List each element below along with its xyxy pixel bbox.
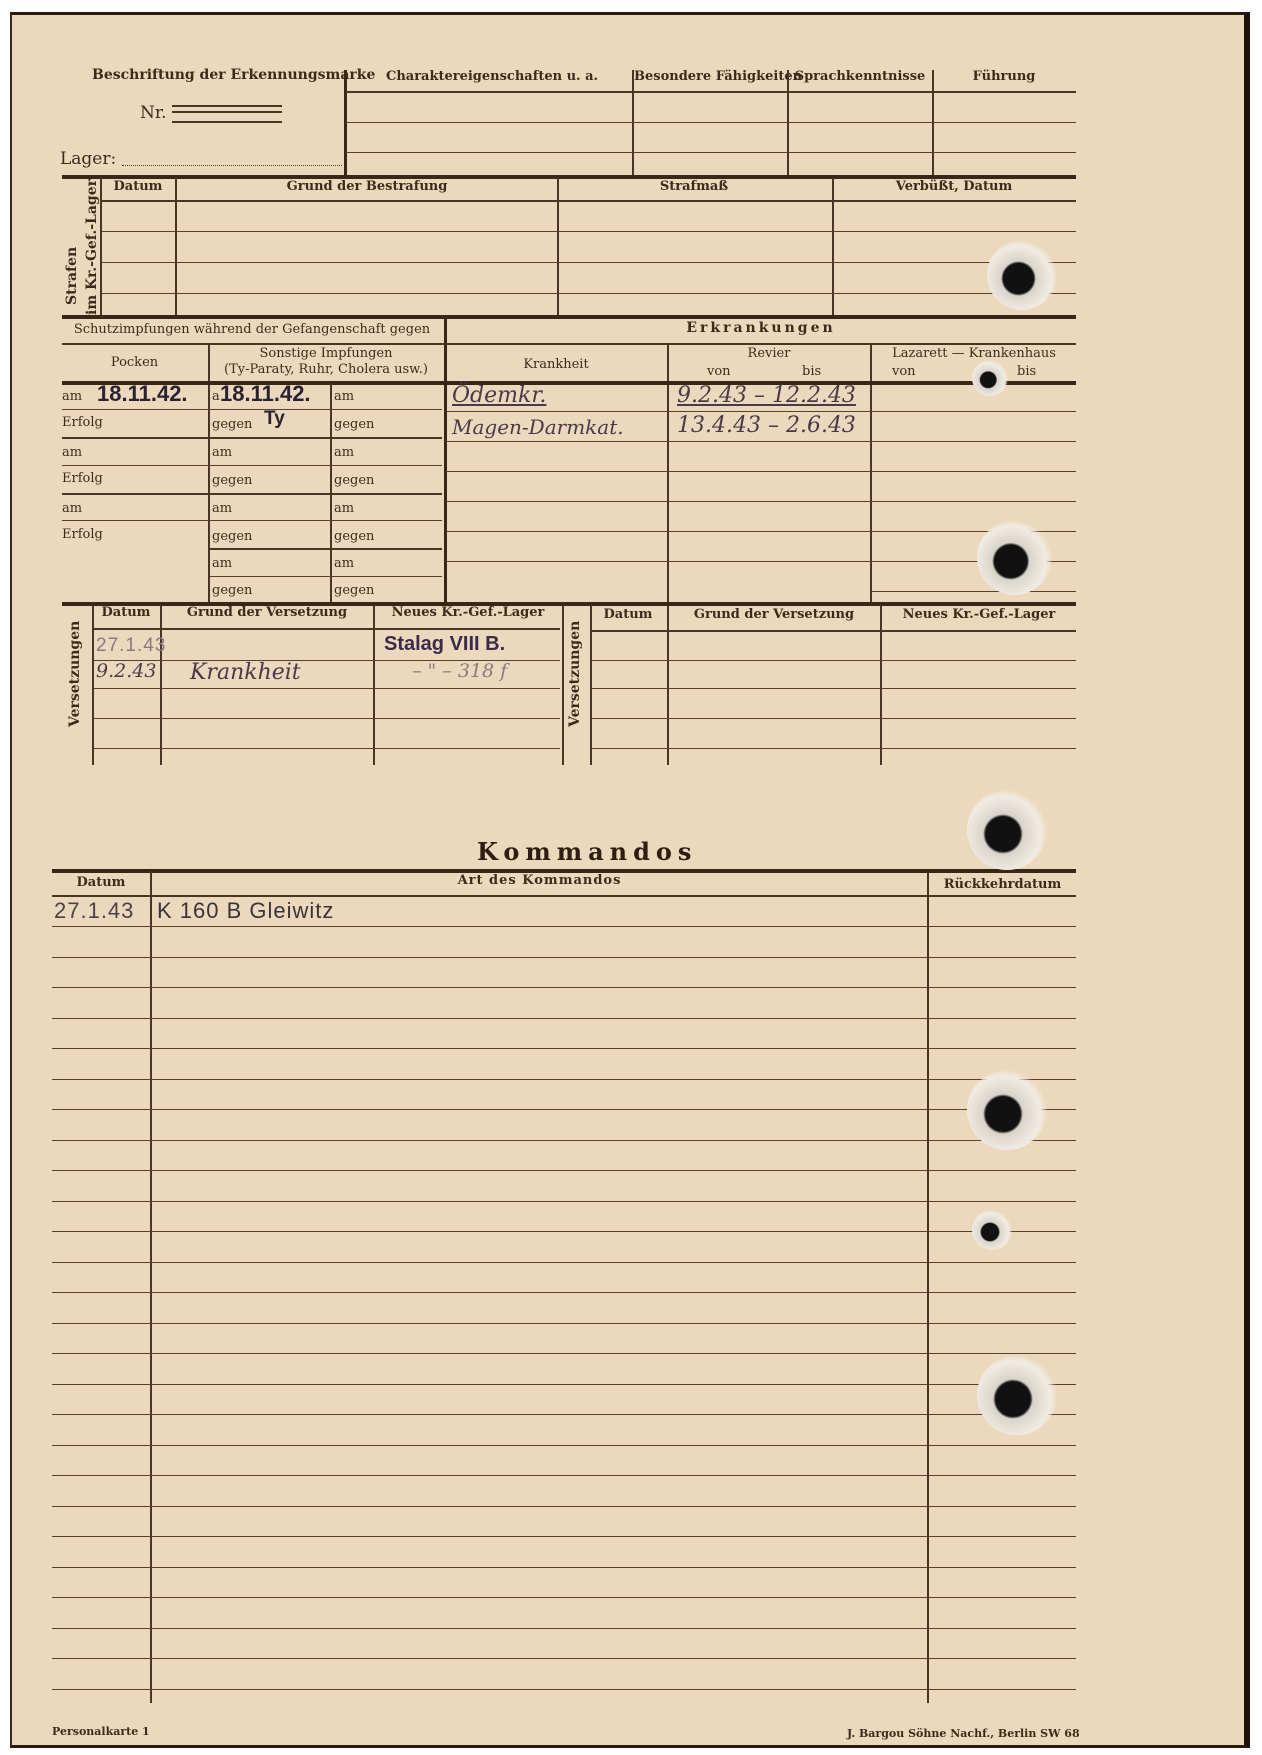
nr-field[interactable] (172, 105, 282, 123)
sonstige2-gegen-1: gegen (334, 417, 374, 432)
illness-1[interactable]: Ödemkr. (452, 383, 546, 408)
col-transfer-date-left: Datum (94, 605, 158, 620)
col-punish-reason: Grund der Bestrafung (177, 179, 557, 194)
id-tag-title: Beschriftung der Erkennungsmarke (92, 67, 375, 83)
sonstige2-gegen-4: gegen (334, 583, 374, 598)
sonstige-date[interactable]: 18.11.42. (220, 381, 311, 407)
sonstige-gegen-2: gegen (212, 473, 252, 488)
personnel-card: Beschriftung der Erkennungsmarke Nr. Lag… (10, 12, 1250, 1748)
transfers-side-label-right: Versetzungen (567, 621, 583, 727)
punch-hole-icon (967, 1070, 1047, 1150)
illnesses-title: Erkrankungen (446, 320, 1076, 336)
pocken-am-2: am (62, 445, 82, 460)
col-character: Charaktereigenschaften u. a. (352, 69, 632, 84)
col-transfer-camp-left: Neues Kr.-Gef.-Lager (375, 605, 561, 620)
punch-hole-icon (987, 240, 1057, 310)
col-transfer-reason-left: Grund der Versetzung (162, 605, 372, 620)
kommandos-title: Kommandos (477, 837, 697, 866)
punishments-side-label-2: im Kr.-Gef.-Lager (84, 179, 100, 315)
pocken-am-3: am (62, 501, 82, 516)
lazarett-bis: bis (1017, 364, 1036, 379)
pocken-erfolg-1: Erfolg (62, 415, 103, 430)
illness-2-revier[interactable]: 13.4.43 – 2.6.43 (677, 413, 856, 438)
lazarett-von: von (892, 364, 916, 379)
footer-form-id: Personalkarte 1 (52, 1725, 150, 1738)
col-languages: Sprachkenntnisse (790, 69, 930, 84)
col-lazarett: Lazarett — Krankenhaus (872, 346, 1076, 361)
col-abilities: Besondere Fähigkeiten (634, 69, 784, 84)
transfer-2-camp[interactable]: – " – 318 f (412, 660, 507, 682)
punch-hole-icon (972, 360, 1008, 396)
transfer-1-date[interactable]: 27.1.43 (96, 635, 166, 657)
illness-2[interactable]: Magen-Darmkat. (452, 415, 624, 439)
col-transfer-reason-right: Grund der Versetzung (669, 607, 879, 622)
nr-label: Nr. (140, 103, 167, 123)
sonstige-am-2: am (212, 445, 232, 460)
transfers-side-label-left: Versetzungen (67, 621, 83, 727)
pocken-date[interactable]: 18.11.42. (97, 381, 188, 407)
col-conduct: Führung (934, 69, 1074, 84)
sonstige2-gegen-2: gegen (334, 473, 374, 488)
col-punish-date: Datum (102, 179, 174, 194)
col-krankheit: Krankheit (446, 357, 666, 372)
punch-hole-icon (977, 1355, 1057, 1435)
col-kommando-date: Datum (52, 875, 150, 890)
sonstige2-am-2: am (334, 445, 354, 460)
sonstige-am-3: am (212, 501, 232, 516)
col-transfer-date-right: Datum (592, 607, 664, 622)
kommando-1-type[interactable]: K 160 B Gleiwitz (157, 898, 334, 924)
sonstige-am-1: a (212, 389, 220, 404)
sonstige2-am-1: am (334, 389, 354, 404)
revier-von: von (707, 364, 731, 379)
punch-hole-icon (967, 790, 1047, 870)
sonstige-gegen-3: gegen (212, 529, 252, 544)
pocken-erfolg-2: Erfolg (62, 471, 103, 486)
revier-bis: bis (802, 364, 821, 379)
sonstige-gegen-4: gegen (212, 583, 252, 598)
col-punish-served: Verbüßt, Datum (834, 179, 1074, 194)
col-sonstige: Sonstige Impfungen (210, 346, 442, 361)
pocken-am-1: am (62, 389, 82, 404)
footer-printer: J. Bargou Söhne Nachf., Berlin SW 68 (847, 1727, 1080, 1740)
pocken-erfolg-3: Erfolg (62, 527, 103, 542)
col-sonstige-note: (Ty-Paraty, Ruhr, Cholera usw.) (210, 362, 442, 377)
kommando-1-date[interactable]: 27.1.43 (54, 898, 134, 924)
col-transfer-camp-right: Neues Kr.-Gef.-Lager (882, 607, 1076, 622)
sonstige-gegen-value[interactable]: Ty (264, 408, 285, 430)
transfer-2-reason[interactable]: Krankheit (190, 660, 301, 685)
sonstige2-am-3: am (334, 501, 354, 516)
col-revier: Revier (669, 346, 869, 361)
col-kommando-type: Art des Kommandos (152, 873, 927, 888)
lager-field[interactable] (122, 165, 342, 166)
punishments-side-label: Strafen (64, 247, 80, 305)
sonstige-am-4: am (212, 556, 232, 571)
punch-hole-icon (977, 520, 1052, 595)
lager-label: Lager: (60, 149, 116, 169)
transfer-2-date[interactable]: 9.2.43 (96, 660, 156, 682)
col-pocken: Pocken (62, 355, 207, 370)
sonstige-gegen-1: gegen (212, 417, 252, 432)
punch-hole-icon (972, 1210, 1012, 1250)
sonstige2-gegen-3: gegen (334, 529, 374, 544)
transfer-1-camp[interactable]: Stalag VIII B. (384, 633, 505, 656)
sonstige2-am-4: am (334, 556, 354, 571)
col-punish-measure: Strafmaß (559, 179, 829, 194)
illness-1-revier[interactable]: 9.2.43 – 12.2.43 (677, 383, 856, 408)
vaccinations-title: Schutzimpfungen während der Gefangenscha… (62, 322, 442, 337)
col-kommando-return: Rückkehrdatum (929, 877, 1076, 892)
